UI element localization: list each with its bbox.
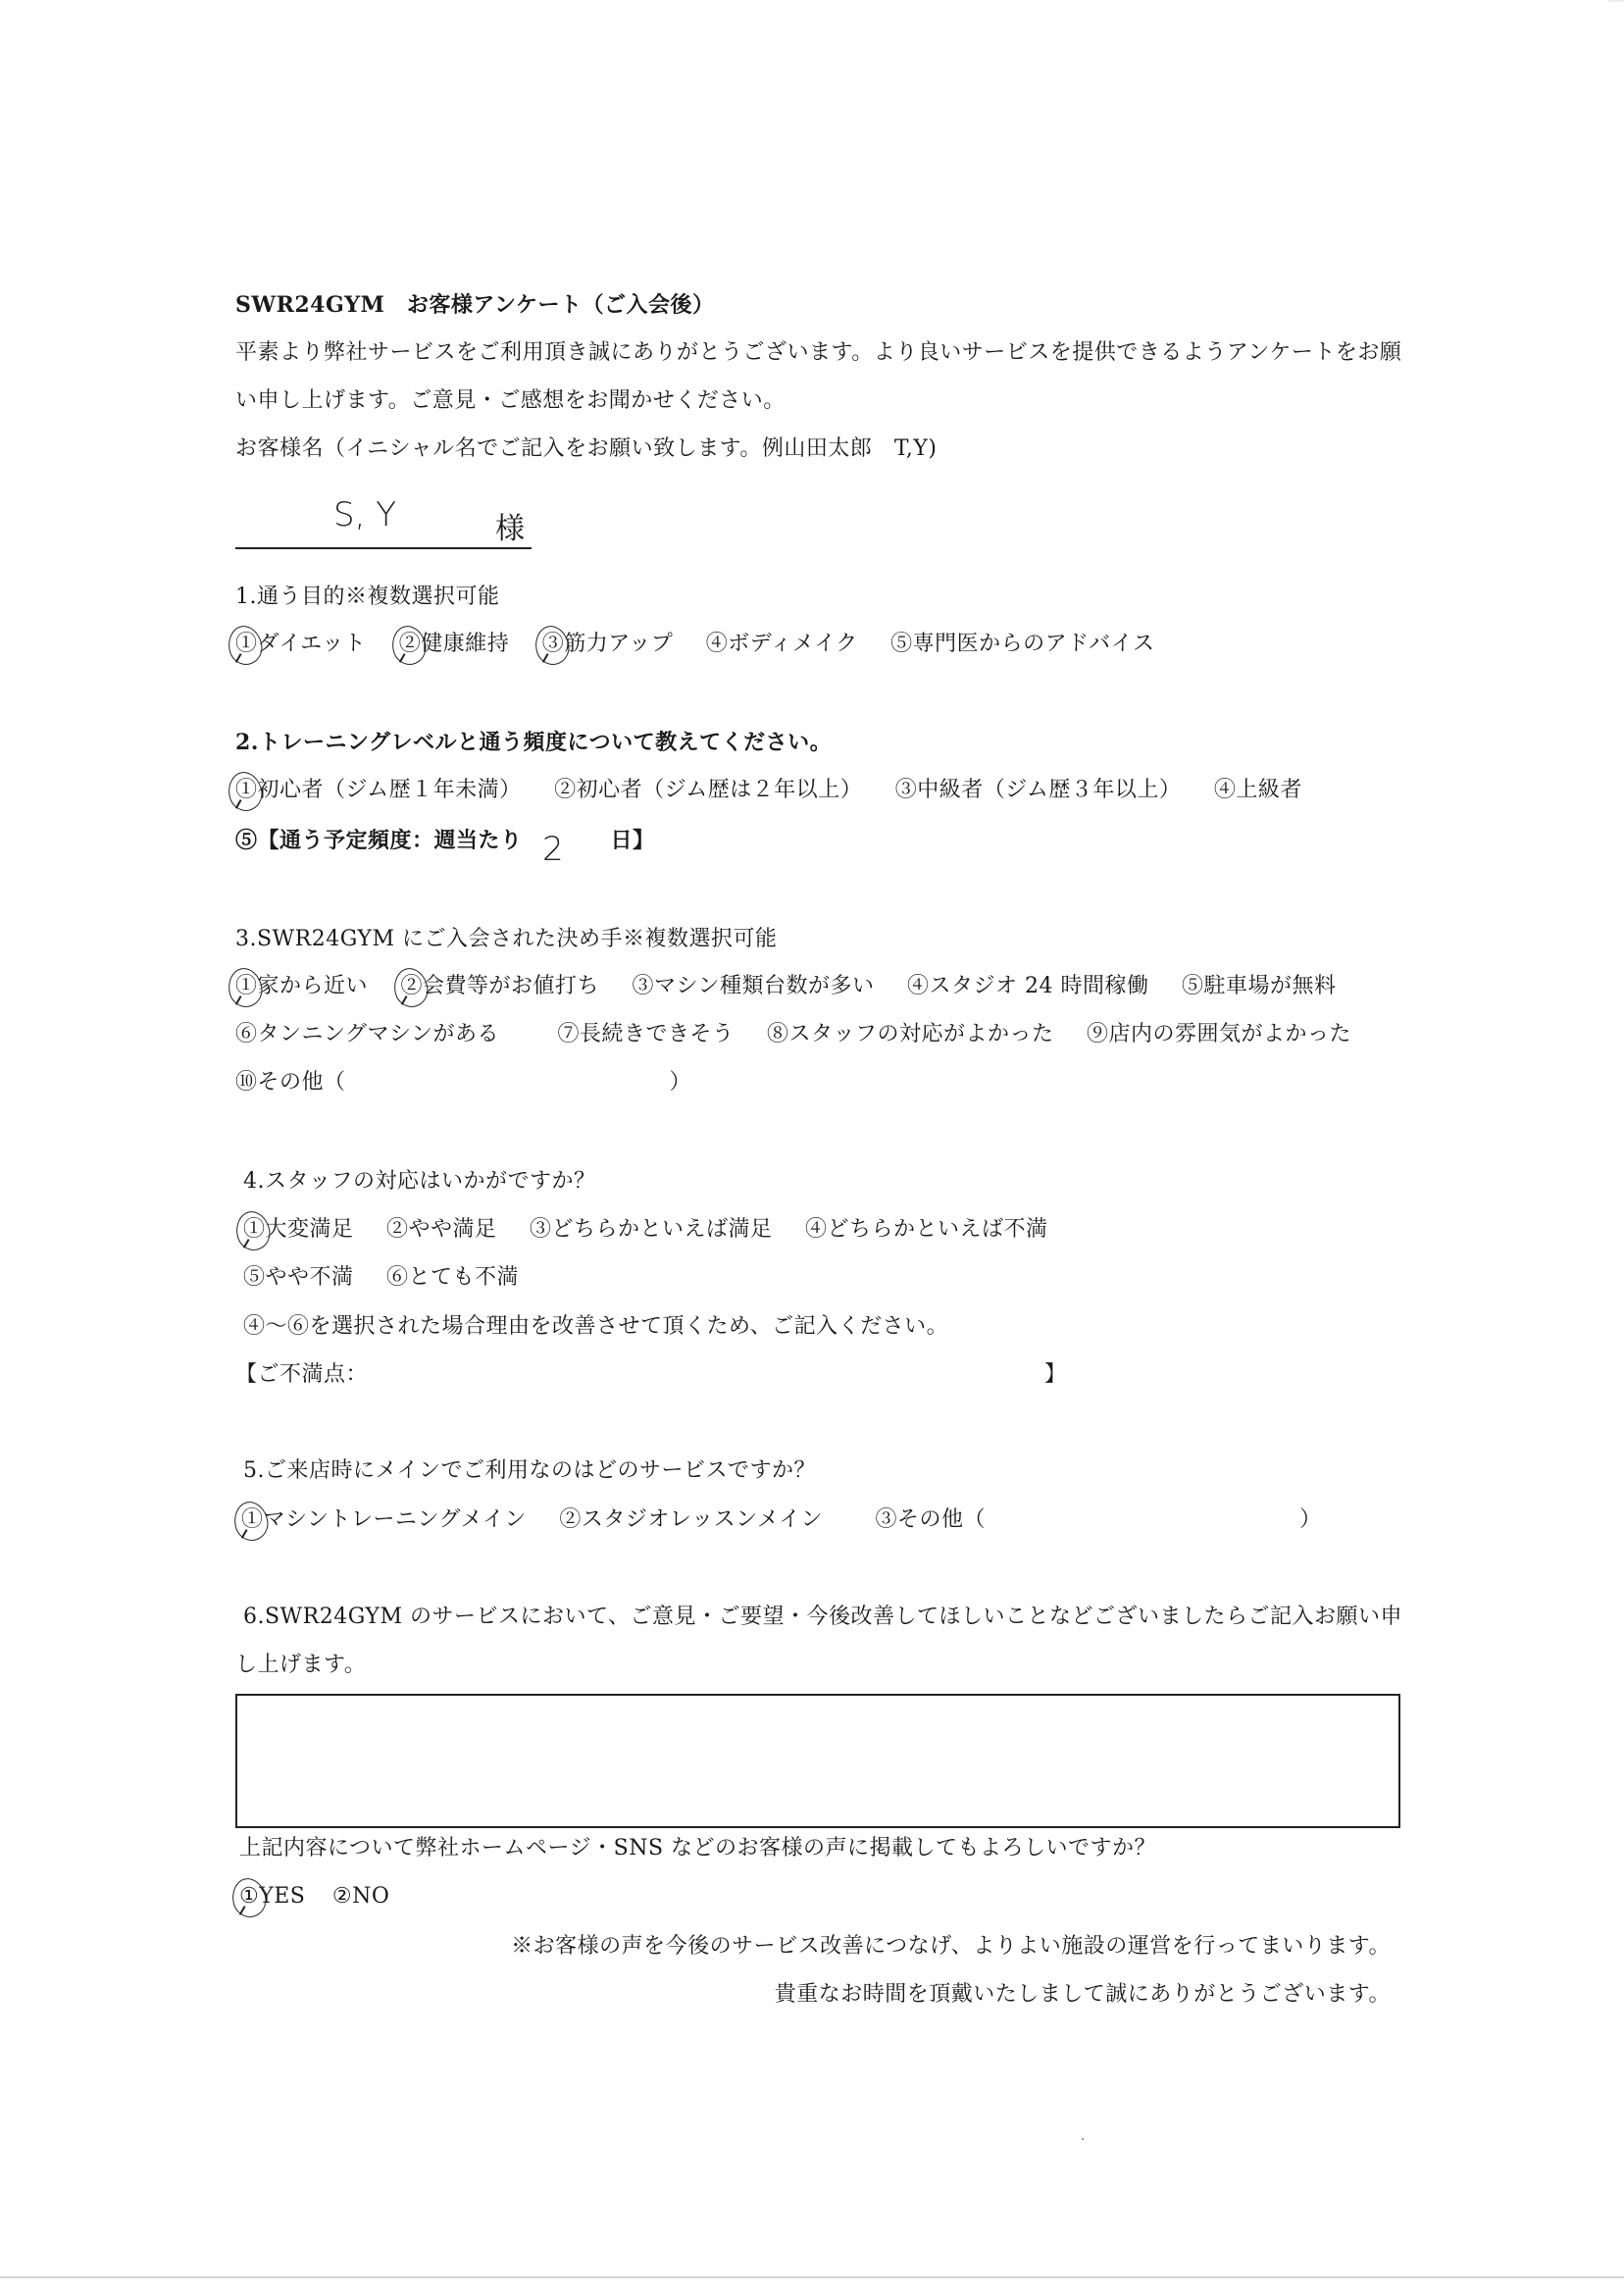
scan-speck <box>1082 2138 1084 2140</box>
q3-title: 3.SWR24GYM にご入会された決め手※複数選択可能 <box>235 925 777 954</box>
q2-option-intermediate[interactable]: ③中級者（ジム歴３年以上） <box>895 776 1182 805</box>
q1-title: 1.通う目的※複数選択可能 <box>235 583 500 612</box>
q5-option-machine-training[interactable]: ①マシントレーニングメイン <box>241 1505 527 1535</box>
q3-option-staff[interactable]: ⑧スタッフの対応がよかった <box>767 1020 1054 1049</box>
q2-options: ①初心者（ジム歴１年未満） ②初心者（ジム歴は２年以上） ③中級者（ジム歴３年以… <box>235 776 1302 805</box>
q3-option-machines[interactable]: ③マシン種類台数が多い <box>633 972 875 1001</box>
q4-option-very-dissatisfied[interactable]: ⑥とても不満 <box>386 1263 519 1293</box>
q4-option-somewhat-dissatisfied[interactable]: ⑤やや不満 <box>243 1263 354 1293</box>
footer-thanks: 貴重なお時間を頂戴いたしまして誠にありがとうございます。 <box>775 1980 1391 2010</box>
q1-option-doctor-advice[interactable]: ⑤専門医からのアドバイス <box>890 630 1154 659</box>
q4-complaint-row: 【ご不満点：】 <box>235 1360 1067 1390</box>
q4-options-row2: ⑤やや不満 ⑥とても不満 <box>243 1263 519 1293</box>
q1-option-diet[interactable]: ①ダイエット <box>235 630 366 659</box>
customer-name-value: S, Y <box>333 495 396 535</box>
q1-options: ①ダイエット ②健康維持 ③筋力アップ ④ボディメイク ⑤専門医からのアドバイス <box>235 630 1154 659</box>
q3-option-free-parking[interactable]: ⑤駐車場が無料 <box>1182 972 1337 1001</box>
q6-comment-box[interactable] <box>235 1694 1400 1828</box>
q3-option-atmosphere[interactable]: ⑨店内の雰囲気がよかった <box>1087 1020 1351 1049</box>
q3-other-label: ⑩その他（ <box>235 1070 346 1095</box>
q6-title-line1: 6.SWR24GYM のサービスにおいて、ご意見・ご要望・今後改善してほしいこと… <box>243 1603 1402 1632</box>
q3-option-near-home[interactable]: ①家から近い <box>235 972 368 1001</box>
q3-option-tanning[interactable]: ⑥タンニングマシンがある <box>235 1020 499 1049</box>
q4-option-somewhat-satisfied[interactable]: ②やや満足 <box>386 1215 497 1245</box>
q5-title: 5.ご来店時にメインでご利用なのはどのサービスですか？ <box>243 1456 816 1486</box>
q4-title: 4.スタッフの対応はいかがですか？ <box>243 1167 596 1197</box>
q4-complaint-label: 【ご不満点： <box>235 1362 368 1387</box>
q5-other-label: ③その他（ <box>876 1507 987 1532</box>
q4-options-row1: ①大変満足 ②やや満足 ③どちらかといえば満足 ④どちらかといえば不満 <box>243 1215 1048 1245</box>
q1-option-health[interactable]: ②健康維持 <box>399 630 510 659</box>
q6-title-line2: し上げます。 <box>235 1651 366 1680</box>
customer-name-suffix: 様 <box>495 504 525 547</box>
q5-option-studio-lesson[interactable]: ②スタジオレッスンメイン <box>559 1505 823 1535</box>
q5-other-close: ） <box>1299 1507 1322 1532</box>
q3-options-row2: ⑥タンニングマシンがある ⑦長続きできそう ⑧スタッフの対応がよかった ⑨店内の… <box>235 1020 1351 1049</box>
q4-note: ④～⑥を選択された場合理由を改善させて頂くため、ご記入ください。 <box>243 1312 948 1342</box>
q3-option-price[interactable]: ②会費等がお値打ち <box>401 972 600 1001</box>
q2-title: 2.トレーニングレベルと通う頻度について教えてください。 <box>235 728 832 757</box>
q2-option-advanced[interactable]: ④上級者 <box>1214 776 1302 805</box>
q5-options: ①マシントレーニングメイン ②スタジオレッスンメイン ③その他（） <box>241 1505 1322 1535</box>
q3-other-row: ⑩その他（） <box>235 1068 691 1097</box>
q3-option-studio-24h[interactable]: ④スタジオ 24 時間稼働 <box>907 972 1148 1001</box>
q2-option-beginner-under1[interactable]: ①初心者（ジム歴１年未満） <box>235 776 522 805</box>
q3-options-row1: ①家から近い ②会費等がお値打ち ③マシン種類台数が多い ④スタジオ 24 時間… <box>235 972 1336 1001</box>
q4-complaint-close: 】 <box>1044 1362 1067 1387</box>
q1-option-strength[interactable]: ③筋力アップ <box>542 630 673 659</box>
scan-edge-line <box>0 2276 1624 2278</box>
q4-option-very-satisfied[interactable]: ①大変満足 <box>243 1215 354 1245</box>
q2-frequency-label: ⑤【通う予定頻度：週当たり <box>235 828 523 853</box>
form-title: SWR24GYM お客様アンケート（ご入会後） <box>235 290 715 320</box>
q4-option-rather-dissatisfied[interactable]: ④どちらかといえば不満 <box>805 1215 1048 1245</box>
scan-artifact-top <box>1608 0 1624 2</box>
footer-note: ※お客様の声を今後のサービス改善につなげ、よりよい施設の運営を行ってまいります。 <box>511 1932 1391 1962</box>
intro-text-line1: 平素より弊社サービスをご利用頂き誠にありがとうございます。より良いサービスを提供… <box>235 338 1401 368</box>
q4-option-rather-satisfied[interactable]: ③どちらかといえば満足 <box>530 1215 773 1245</box>
intro-text-line2: い申し上げます。ご意見・ご感想をお聞かせください。 <box>235 386 786 416</box>
publish-option-no[interactable]: ②NO <box>332 1882 390 1912</box>
q2-frequency-value: 2 <box>542 830 564 869</box>
q2-frequency-row: ⑤【通う予定頻度：週当たり日】 <box>235 826 655 855</box>
publish-option-yes[interactable]: ①YES <box>239 1882 305 1912</box>
q1-option-bodymake[interactable]: ④ボディメイク <box>706 630 858 659</box>
customer-name-label: お客様名（イニシャル名でご記入をお願い致します。例山田太郎 T,Y) <box>235 434 937 464</box>
q2-option-beginner-over2[interactable]: ②初心者（ジム歴は２年以上） <box>554 776 862 805</box>
publish-question: 上記内容について弊社ホームページ・SNS などのお客様の声に掲載してもよろしいで… <box>239 1834 1156 1863</box>
publish-options: ①YES ②NO <box>239 1882 389 1912</box>
q3-option-sustainable[interactable]: ⑦長続きできそう <box>558 1020 735 1049</box>
q3-other-close: ） <box>670 1070 692 1095</box>
q2-frequency-suffix: 日】 <box>611 828 655 853</box>
